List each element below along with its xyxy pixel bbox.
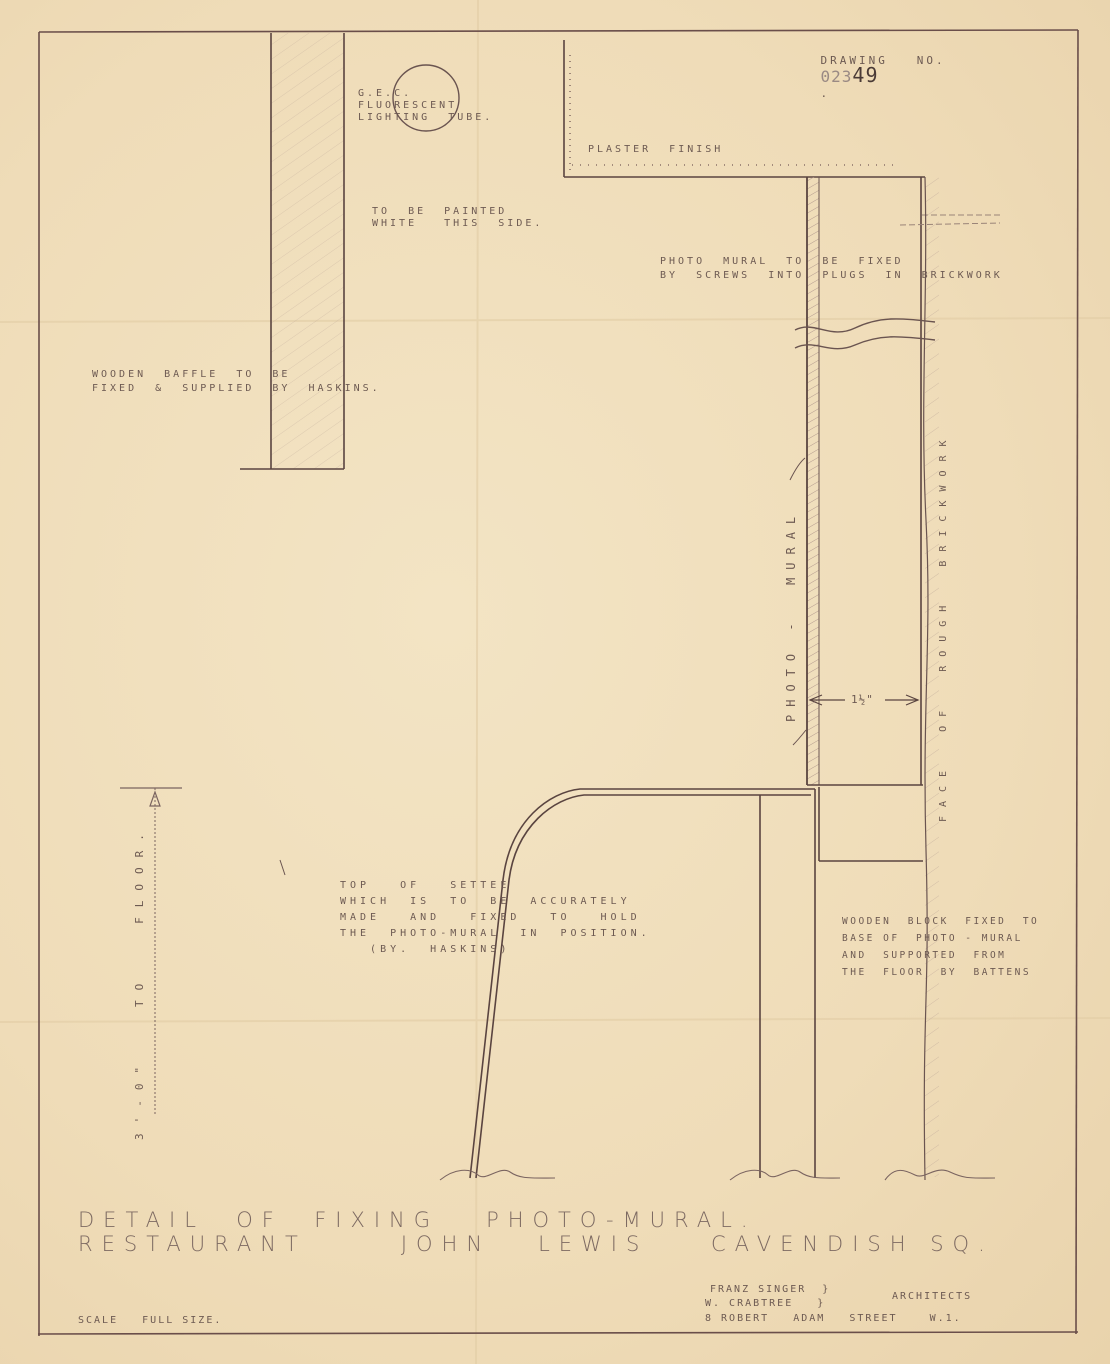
wooden-baffle (240, 33, 344, 469)
architects-address: 8 ROBERT ADAM STREET W.1. (705, 1312, 962, 1326)
height-dimension (120, 788, 182, 1115)
annotation-painted-white: TO BE PAINTED WHITE THIS SIDE. (372, 206, 543, 230)
annotation-photo-mural-vertical: PHOTO - MURAL (784, 509, 798, 722)
annotation-settee: TOP OF SETTEE WHICH IS TO BE ACCURATELY … (340, 878, 651, 958)
rough-brickwork (924, 177, 939, 1180)
annotation-wooden-block: WOODEN BLOCK FIXED TO BASE OF PHOTO - MU… (842, 913, 1039, 981)
annotation-wooden-baffle: WOODEN BAFFLE TO BE FIXED & SUPPLIED BY … (92, 368, 381, 396)
architects-line-2: W. CRABTREE } (705, 1297, 825, 1310)
settee (470, 787, 923, 1178)
architects-line-1: FRANZ SINGER } (710, 1283, 830, 1296)
drawing-number-value: 02349 (821, 67, 879, 86)
drawing-sheet: DRAWING NO. 02349 . G.E.C. FLUORESCENT L… (0, 0, 1110, 1364)
floor-line (440, 1170, 995, 1180)
drawing-number: DRAWING NO. 02349 . (782, 38, 946, 116)
dimension-label: 1½" (851, 692, 874, 707)
annotation-height-to-floor: 3'-0" TO FLOOR. (133, 824, 146, 1140)
drawing-number-suffix: . (821, 87, 831, 100)
sheet-border (38, 30, 1078, 1336)
title-line-2: RESTAURANT JOHN LEWIS CAVENDISH SQ. (78, 1232, 994, 1256)
annotation-lighting-tube: G.E.C. FLUORESCENT LIGHTING TUBE. (358, 88, 493, 124)
annotation-plaster-finish: PLASTER FINISH (588, 143, 723, 157)
title-line-1: DETAIL OF FIXING PHOTO-MURAL. (78, 1208, 757, 1232)
annotation-rough-brickwork-vertical: FACE OF ROUGH BRICKWORK (938, 431, 949, 822)
drawing-number-handwritten: 49 (852, 63, 878, 87)
drawing-number-printed: 023 (821, 67, 853, 86)
architects-role: ARCHITECTS (892, 1290, 972, 1304)
annotation-photo-mural-fixing: PHOTO MURAL TO BE FIXED BY SCREWS INTO P… (660, 255, 1003, 283)
drawing-number-label: DRAWING NO. (821, 54, 946, 67)
leader-lines (280, 458, 806, 875)
scale-label: SCALE FULL SIZE. (78, 1314, 222, 1328)
